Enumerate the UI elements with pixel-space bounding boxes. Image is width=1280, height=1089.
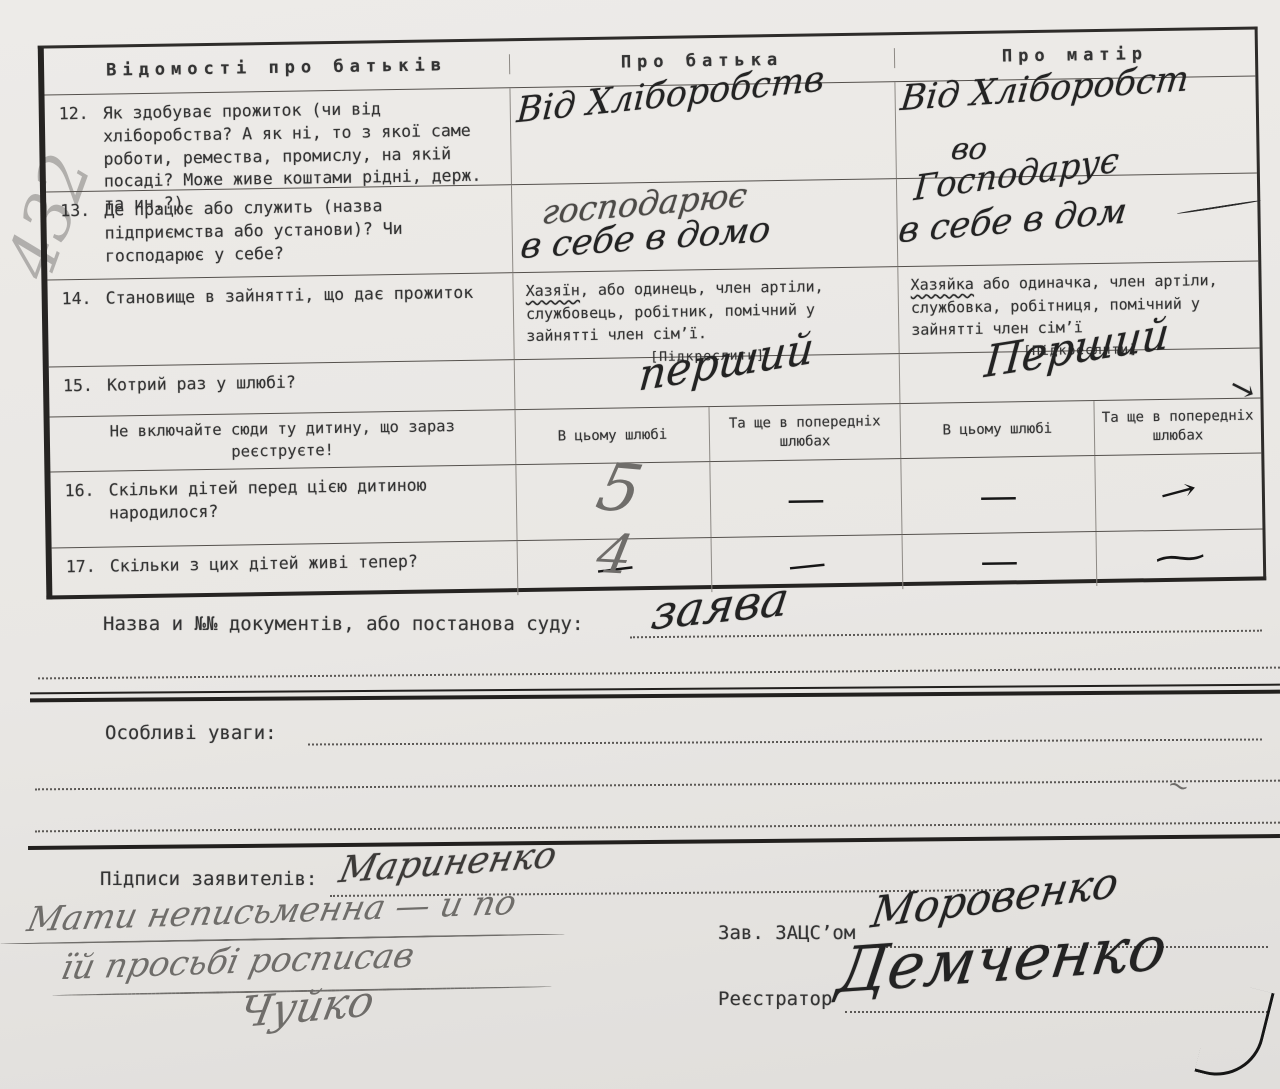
- pen-tilde-mark: ~: [1149, 556, 1212, 559]
- dotted-line: [35, 822, 1280, 833]
- pen-arrow-mark: →: [1161, 487, 1197, 497]
- answer-17-mother-cells: — ~: [902, 529, 1264, 589]
- special-remarks-label: Особливі уваги:: [105, 722, 277, 744]
- mother-status-underlined-word: Хазяйка: [910, 275, 973, 294]
- question-16-text: Скільки дітей перед цією дитиною народил…: [109, 473, 509, 546]
- pen-dash: —: [787, 498, 825, 499]
- question-17-text: Скільки з цих дітей живі тепер?: [110, 549, 510, 601]
- mother-16-previous: →: [1094, 453, 1262, 531]
- answer-16-mother-cells: — →: [900, 453, 1262, 534]
- question-14-text: Становище в зайнятті, що дає прожиток: [106, 281, 506, 365]
- heavy-rule: [28, 834, 1280, 850]
- header-parents: Відомості про батьків: [44, 54, 509, 81]
- father-status-underlined-word: Хазяїн: [525, 281, 579, 300]
- question-15-number: 15.: [63, 375, 108, 417]
- question-14-number: 14.: [62, 288, 107, 367]
- mother-17-previous: ~: [1095, 529, 1263, 586]
- mother-subheaders: В цьому шлюбі Та ще в попередніх шлюбах: [899, 398, 1261, 458]
- dotted-line: [35, 780, 1280, 791]
- answer-16-father-cells: —: [515, 459, 901, 540]
- pen-squiggle-mark: ~: [1163, 769, 1193, 804]
- question-13: 13. Де працює або служить (назва підприє…: [46, 185, 512, 279]
- dotted-line: [845, 1011, 1268, 1013]
- documents-label: Назва и №№ документів, або постанова суд…: [103, 613, 583, 635]
- question-13-number: 13.: [60, 200, 105, 280]
- mother-subheader-current-marriage: В цьому шлюбі: [900, 401, 1094, 458]
- header-mother: Про матір: [894, 42, 1255, 68]
- question-17: 17. Скільки з цих дітей живі тепер?: [52, 541, 518, 602]
- question-12-number: 12.: [59, 103, 104, 192]
- scanned-civil-registry-form: 432 Відомості про батьків Про батька Про…: [0, 0, 1280, 1089]
- mother-16-current: —: [901, 456, 1095, 534]
- question-15-text: Котрий раз у шлюбі?: [107, 368, 507, 415]
- question-15: 15. Котрий раз у шлюбі?: [49, 360, 515, 416]
- question-16-number: 16.: [65, 480, 110, 548]
- handwritten-proxy-signature: Чуйко: [235, 976, 378, 1038]
- father-subheader-previous-marriages: Та ще в попередніх шлюбах: [708, 404, 900, 461]
- father-16-previous: —: [709, 459, 901, 537]
- dotted-line: [38, 667, 1280, 680]
- pen-dash: —: [979, 495, 1017, 496]
- father-subheaders: В цьому шлюбі Та ще в попередніх шлюбах: [515, 404, 901, 464]
- applicant-signatures-label: Підписи заявителів:: [100, 868, 317, 890]
- question-12: 12. Як здобуває прожиток (чи від хліборо…: [45, 88, 511, 191]
- mother-17-current: —: [903, 532, 1097, 589]
- question-17-number: 17.: [66, 556, 111, 603]
- pen-dash: —: [788, 562, 826, 566]
- signature-flourish: [1194, 979, 1274, 1085]
- exclude-child-note: Не включайте сюди ту дитину, що зараз ре…: [50, 410, 516, 471]
- question-12-text: Як здобуває прожиток (чи від хліборобств…: [103, 96, 503, 190]
- parents-info-table: Відомості про батьків Про батька Про мат…: [38, 26, 1267, 599]
- question-13-text: Де працює або служить (назва підприємств…: [104, 193, 504, 278]
- question-14: 14. Становище в зайнятті, що дає прожито…: [47, 273, 513, 366]
- handwritten-illiteracy-note-1: Мати неписьменна — и по: [24, 883, 520, 940]
- header-father: Про батька: [509, 48, 894, 74]
- pen-dash: —: [980, 560, 1018, 561]
- question-16: 16. Скільки дітей перед цією дитиною нар…: [50, 465, 516, 547]
- registrar-label: Реєстратор: [718, 988, 832, 1010]
- mother-subheader-previous-marriages: Та ще в попередніх шлюбах: [1093, 398, 1261, 455]
- registry-head-label: Зав. ЗАЦС’ом: [718, 922, 855, 944]
- dotted-line: [308, 739, 1262, 746]
